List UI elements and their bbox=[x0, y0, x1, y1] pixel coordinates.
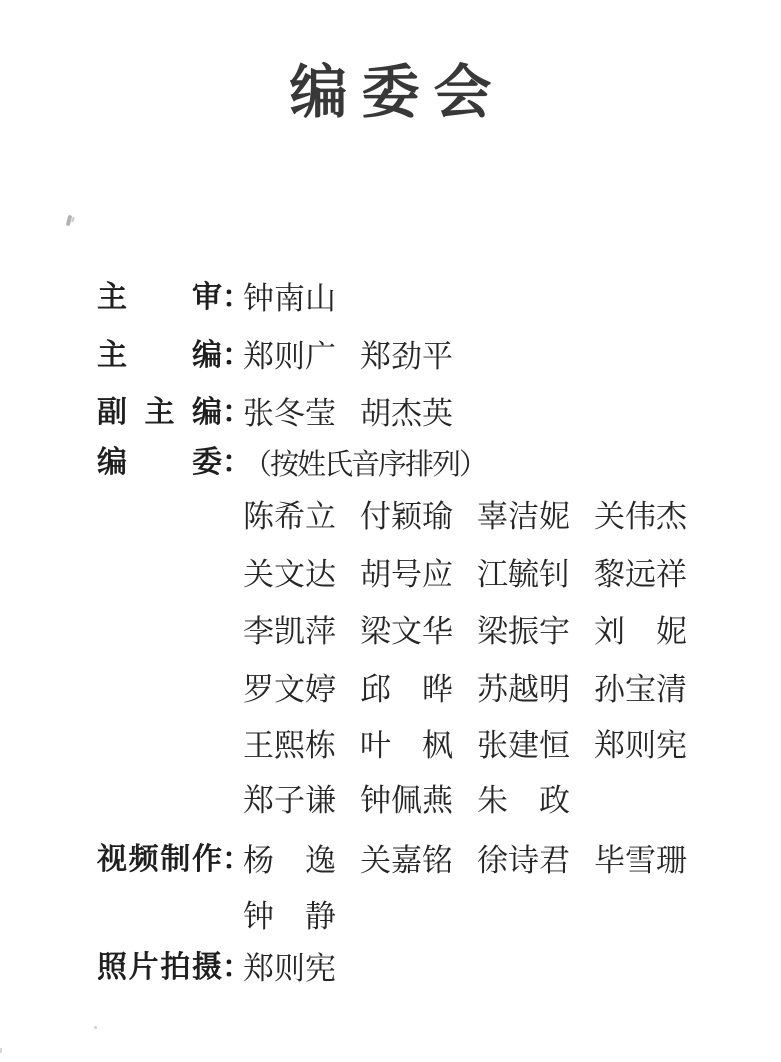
member-name: 刘妮 bbox=[594, 616, 687, 647]
member-name: 陈希立 bbox=[243, 501, 336, 532]
photography-label: 照片拍摄 bbox=[97, 953, 222, 983]
label-colon: ： bbox=[222, 845, 243, 875]
member-name: 罗文婷 bbox=[243, 674, 336, 705]
chief-reviewer-label: 主审 bbox=[97, 283, 222, 313]
scan-artifact bbox=[71, 217, 75, 222]
member-name: 付颖瑜 bbox=[360, 501, 453, 532]
member-name: 叶枫 bbox=[360, 730, 453, 761]
row-video-production: 视频制作：杨逸关嘉铭徐诗君毕雪珊 bbox=[97, 845, 711, 876]
video-production-name: 杨逸 bbox=[243, 845, 336, 876]
member-row: 罗文婷邱晔苏越明孙宝清 bbox=[243, 674, 711, 705]
member-name: 辜洁妮 bbox=[477, 501, 570, 532]
member-name: 邱晔 bbox=[360, 674, 453, 705]
video-production-name: 钟静 bbox=[243, 901, 336, 932]
member-row: 郑子谦钟佩燕朱政 bbox=[243, 785, 594, 816]
label-colon: ： bbox=[222, 448, 243, 478]
chief-editor-name: 郑则广 bbox=[243, 341, 336, 372]
scan-artifact bbox=[0, 1048, 2, 1053]
label-colon: ： bbox=[222, 341, 243, 371]
member-name: 梁振宇 bbox=[477, 616, 570, 647]
member-name: 王熙栋 bbox=[243, 730, 336, 761]
member-name: 张建恒 bbox=[477, 730, 570, 761]
scan-artifact bbox=[94, 1026, 97, 1029]
chief-editor-name: 郑劲平 bbox=[360, 341, 453, 372]
member-row: 李凯萍梁文华梁振宇刘妮 bbox=[243, 616, 711, 647]
member-name: 梁文华 bbox=[360, 616, 453, 647]
member-row: 关文达胡号应江毓钊黎远祥 bbox=[243, 559, 711, 590]
member-name: 关伟杰 bbox=[594, 501, 687, 532]
row-chief-reviewer: 主审：钟南山 bbox=[97, 283, 360, 314]
deputy-chief-editor-name: 张冬莹 bbox=[243, 398, 336, 429]
row-deputy-chief-editor: 副主编：张冬莹胡杰英 bbox=[97, 398, 477, 429]
page-title: 编委会 bbox=[0, 60, 781, 127]
chief-editor-label: 主编 bbox=[97, 341, 222, 371]
photography-name: 郑则宪 bbox=[243, 953, 336, 984]
video-production-name: 毕雪珊 bbox=[594, 845, 687, 876]
member-name: 胡号应 bbox=[360, 559, 453, 590]
member-name: 李凯萍 bbox=[243, 616, 336, 647]
member-name: 朱政 bbox=[477, 785, 570, 816]
scanned-document-page: 编委会 主审：钟南山 主编：郑则广郑劲平 副主编：张冬莹胡杰英 编委：（按姓氏音… bbox=[0, 0, 781, 1062]
member-row: 陈希立付颖瑜辜洁妮关伟杰 bbox=[243, 501, 711, 532]
row-chief-editor: 主编：郑则广郑劲平 bbox=[97, 341, 477, 372]
label-colon: ： bbox=[222, 283, 243, 313]
member-name: 苏越明 bbox=[477, 674, 570, 705]
member-name: 关文达 bbox=[243, 559, 336, 590]
member-name: 江毓钊 bbox=[477, 559, 570, 590]
member-name: 郑子谦 bbox=[243, 785, 336, 816]
video-production-name: 徐诗君 bbox=[477, 845, 570, 876]
deputy-chief-editor-label: 副主编 bbox=[97, 398, 222, 428]
member-name: 郑则宪 bbox=[594, 730, 687, 761]
row-photography: 照片拍摄：郑则宪 bbox=[97, 953, 360, 984]
member-name: 黎远祥 bbox=[594, 559, 687, 590]
video-production-label: 视频制作 bbox=[97, 845, 222, 875]
row-editorial-board: 编委：（按姓氏音序排列） bbox=[97, 448, 486, 480]
member-name: 钟佩燕 bbox=[360, 785, 453, 816]
label-colon: ： bbox=[222, 953, 243, 983]
member-row: 王熙栋叶枫张建恒郑则宪 bbox=[243, 730, 711, 761]
editorial-board-label: 编委 bbox=[97, 448, 222, 478]
chief-reviewer-name: 钟南山 bbox=[243, 283, 336, 314]
row-video-production-continued: 钟静 bbox=[243, 901, 360, 932]
label-colon: ： bbox=[222, 398, 243, 428]
sort-order-note: （按姓氏音序排列） bbox=[243, 449, 486, 481]
video-production-name: 关嘉铭 bbox=[360, 845, 453, 876]
member-name: 孙宝清 bbox=[594, 674, 687, 705]
deputy-chief-editor-name: 胡杰英 bbox=[360, 398, 453, 429]
